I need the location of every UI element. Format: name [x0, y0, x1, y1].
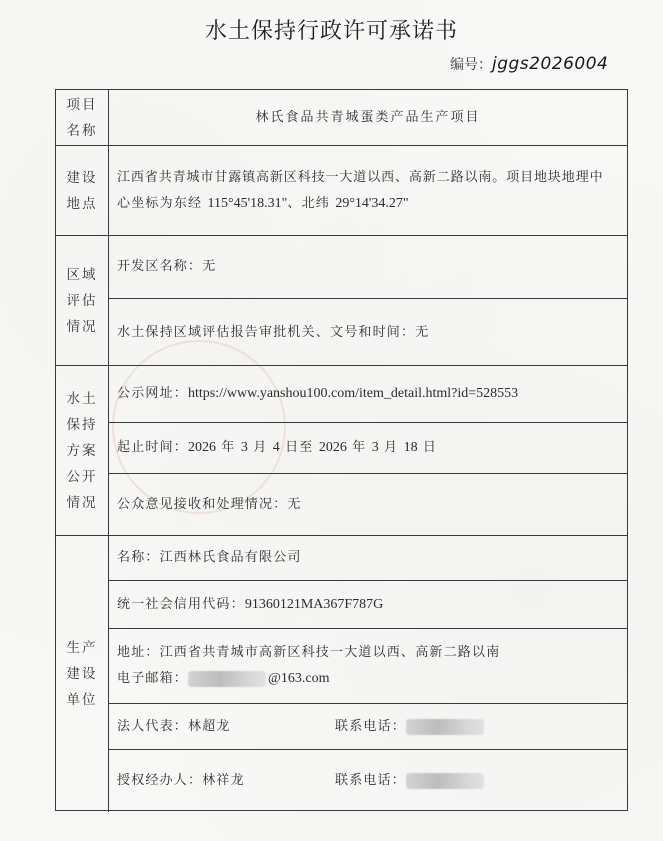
legal-rep-label: 法人代表：	[117, 714, 188, 740]
construction-site-label: 建设 地点	[56, 146, 109, 235]
dev-zone-text: 开发区名称：无	[117, 254, 627, 280]
assessment-approval-text: 水土保持区域评估报告审批机关、文号和时间：无	[117, 320, 627, 346]
assessment-approval-row: 水土保持区域评估报告审批机关、文号和时间：无	[109, 299, 627, 366]
year-char: 年	[347, 440, 372, 455]
project-name-label: 项目 名称	[56, 90, 109, 145]
period-end-month: 3	[372, 440, 379, 455]
disclosure-url-link[interactable]: https://www.yanshou100.com/item_detail.h…	[188, 386, 518, 401]
agent-value: 林祥龙	[202, 768, 245, 794]
label-line: 建设	[67, 165, 98, 191]
label-line: 区域	[67, 262, 98, 288]
credit-code-row: 统一社会信用代码：91360121MA367F787G	[109, 581, 627, 629]
public-feedback-label: 公众意见接收和处理情况：	[117, 497, 287, 512]
dev-zone-label: 开发区名称：	[117, 259, 202, 274]
longitude-value: 115°45'18.31"	[208, 196, 288, 211]
period-start-day: 4	[273, 440, 280, 455]
site-line-2: 心坐标为东经 115°45'18.31"、北纬 29°14'34.27"	[117, 191, 627, 217]
dev-zone-value: 无	[202, 259, 216, 274]
month-char: 月	[379, 440, 404, 455]
legal-rep-value: 林超龙	[188, 714, 231, 740]
disclosure-period-row: 起止时间：2026 年 3 月 4 日至 2026 年 3 月 18 日	[109, 423, 627, 474]
period-start-month: 3	[241, 440, 248, 455]
address-text: 地址：江西省共青城市高新区科技一大道以西、高新二路以南	[117, 640, 627, 666]
document-title: 水土保持行政许可承诺书	[0, 14, 663, 45]
label-line: 评估	[67, 288, 98, 314]
agent-row: 授权经办人：林祥龙 联系电话：	[109, 750, 627, 812]
plan-disclosure-label: 水土 保持 方案 公开 情况	[56, 366, 109, 535]
credit-code-text: 统一社会信用代码：91360121MA367F787G	[117, 592, 627, 618]
label-line: 保持	[67, 412, 98, 438]
dev-zone-row: 开发区名称：无	[109, 236, 627, 299]
construction-unit-label: 生产 建设 单位	[56, 536, 109, 812]
label-line: 名称	[67, 118, 98, 144]
agent-text: 授权经办人：林祥龙 联系电话：	[117, 768, 627, 794]
label-line: 地点	[67, 191, 98, 217]
legal-rep-text: 法人代表：林超龙 联系电话：	[117, 714, 627, 740]
day-to: 日至	[280, 440, 319, 455]
label-line: 情况	[67, 314, 98, 340]
label-line: 方案	[67, 438, 98, 464]
company-name-label: 名称：	[117, 550, 160, 565]
agent-label: 授权经办人：	[117, 768, 202, 794]
site-coord-separator: 、北纬	[287, 196, 335, 211]
public-feedback-value: 无	[287, 497, 301, 512]
period-end-day: 18	[404, 440, 418, 455]
latitude-value: 29°14'34.27"	[335, 196, 408, 211]
day-char: 日	[418, 440, 438, 455]
public-feedback-text: 公众意见接收和处理情况：无	[117, 492, 627, 518]
month-char: 月	[248, 440, 273, 455]
label-line: 项目	[67, 92, 98, 118]
email-domain: @163.com	[268, 666, 330, 692]
site-coord-prefix: 心坐标为东经	[117, 196, 208, 211]
address-label: 地址：	[117, 645, 160, 660]
label-line: 水土	[67, 386, 98, 412]
company-name-value: 江西林氏食品有限公司	[160, 550, 302, 565]
construction-site-value: 江西省共青城市甘露镇高新区科技一大道以西、高新二路以南。项目地块地理中 心坐标为…	[109, 146, 627, 235]
section-construction-unit: 生产 建设 单位 名称：江西林氏食品有限公司 统一社会信用代码：91360121…	[56, 536, 627, 812]
disclosure-url-text: 公示网址：https://www.yanshou100.com/item_det…	[117, 381, 627, 407]
assessment-approval-label: 水土保持区域评估报告审批机关、文号和时间：	[117, 325, 415, 340]
section-regional-assessment: 区域 评估 情况 开发区名称：无 水土保持区域评估报告审批机关、文号和时间：无	[56, 236, 627, 366]
credit-code-label: 统一社会信用代码：	[117, 597, 245, 612]
legal-rep-phone-redacted-block	[406, 719, 484, 735]
company-name-text: 名称：江西林氏食品有限公司	[117, 545, 627, 571]
email-label: 电子邮箱：	[117, 666, 188, 692]
agent-phone-redacted-block	[406, 773, 484, 789]
regional-assessment-label: 区域 评估 情况	[56, 236, 109, 365]
section-construction-site: 建设 地点 江西省共青城市甘露镇高新区科技一大道以西、高新二路以南。项目地块地理…	[56, 146, 627, 236]
label-line: 生产	[67, 635, 98, 661]
label-line: 公开	[67, 464, 98, 490]
address-value: 江西省共青城市高新区科技一大道以西、高新二路以南	[160, 645, 501, 660]
label-line: 单位	[67, 687, 98, 713]
label-line: 建设	[67, 661, 98, 687]
disclosure-url-label: 公示网址：	[117, 386, 188, 401]
period-end-year: 2026	[319, 440, 347, 455]
document-number: 编号：jggs2026004	[450, 54, 608, 74]
site-line-1: 江西省共青城市甘露镇高新区科技一大道以西、高新二路以南。项目地块地理中	[117, 165, 627, 191]
legal-rep-row: 法人代表：林超龙 联系电话：	[109, 704, 627, 750]
section-project-name: 项目 名称 林氏食品共青城蛋类产品生产项目	[56, 90, 627, 146]
assessment-approval-value: 无	[415, 325, 429, 340]
year-char: 年	[216, 440, 241, 455]
disclosure-period-text: 起止时间：2026 年 3 月 4 日至 2026 年 3 月 18 日	[117, 435, 627, 461]
legal-rep-phone-label: 联系电话：	[335, 714, 406, 740]
agent-phone-label: 联系电话：	[335, 768, 406, 794]
credit-code-value: 91360121MA367F787G	[245, 597, 383, 612]
period-label: 起止时间：	[117, 440, 188, 455]
period-start-year: 2026	[188, 440, 216, 455]
public-feedback-row: 公众意见接收和处理情况：无	[109, 474, 627, 536]
document-number-label: 编号：	[450, 57, 492, 73]
document-number-value: jggs2026004	[492, 54, 608, 74]
section-plan-disclosure: 水土 保持 方案 公开 情况 公示网址：https://www.yanshou1…	[56, 366, 627, 536]
commitment-form-table: 项目 名称 林氏食品共青城蛋类产品生产项目 建设 地点 江西省共青城市甘露镇高新…	[55, 89, 628, 811]
project-name-value: 林氏食品共青城蛋类产品生产项目	[109, 90, 627, 145]
agent-phone: 联系电话：	[335, 768, 484, 794]
email-redacted-block	[188, 671, 266, 687]
legal-rep-phone: 联系电话：	[335, 714, 484, 740]
company-name-row: 名称：江西林氏食品有限公司	[109, 536, 627, 581]
disclosure-url-row: 公示网址：https://www.yanshou100.com/item_det…	[109, 366, 627, 423]
email-text: 电子邮箱：@163.com	[117, 666, 627, 692]
address-email-row: 地址：江西省共青城市高新区科技一大道以西、高新二路以南 电子邮箱：@163.co…	[109, 629, 627, 704]
label-line: 情况	[67, 490, 98, 516]
